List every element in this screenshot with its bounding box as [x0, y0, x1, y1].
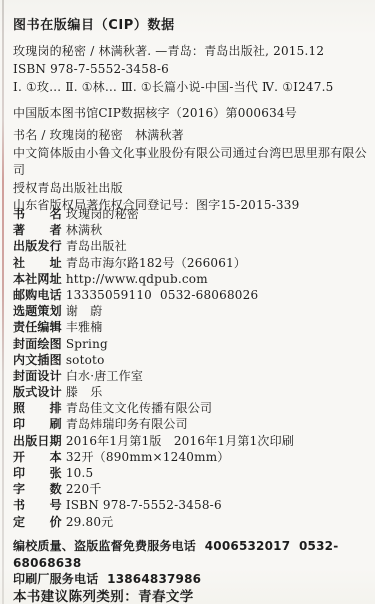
colophon-value: sototo: [66, 352, 105, 368]
colophon-row: 邮购电话13335059110 0532-68068026: [13, 287, 367, 303]
colophon-value: 青岛出版社: [66, 238, 127, 254]
colophon-label: 版式设计: [13, 384, 62, 400]
colophon-label: 书 名: [13, 206, 62, 222]
colophon-value: 丰雅楠: [66, 319, 103, 335]
cip-title-line: 玫瑰岗的秘密 / 林满秋著. —青岛：青岛出版社, 2015.12: [13, 42, 367, 60]
colophon-row: 本社网址http://www.qdpub.com: [13, 271, 367, 287]
colophon-row: 字 数220千: [13, 481, 367, 497]
colophon-label: 书 号: [13, 497, 62, 513]
colophon-value: 白水·唐工作室: [66, 368, 143, 384]
colophon-label: 出版日期: [13, 433, 62, 449]
license-block: 书名 / 玫瑰岗的秘密 林满秋著 中文简体版由小鲁文化事业股份有限公司通过台湾巴…: [13, 127, 367, 215]
license-book-title-line: 书名 / 玫瑰岗的秘密 林满秋著: [13, 127, 367, 145]
colophon-row: 书 名玫瑰岗的秘密: [13, 206, 367, 222]
colophon-label: 字 数: [13, 481, 62, 497]
colophon-value: 13335059110 0532-68068026: [66, 287, 258, 303]
colophon-value: 2016年1月第1版 2016年1月第1次印刷: [66, 433, 294, 449]
colophon-label: 印 刷: [13, 416, 62, 432]
colophon-label: 邮购电话: [13, 287, 62, 303]
colophon-row: 印 张10.5: [13, 465, 367, 481]
cip-entry-block: 玫瑰岗的秘密 / 林满秋著. —青岛：青岛出版社, 2015.12 ISBN 9…: [13, 42, 367, 96]
quality-service-phone-line: 编校质量、盗版监督免费服务电话 4006532017 0532-68068638: [13, 538, 367, 571]
colophon-list: 书 名玫瑰岗的秘密 著 者林满秋 出版发行青岛出版社 社 址青岛市海尔路182号…: [13, 206, 367, 530]
colophon-label: 印 张: [13, 465, 62, 481]
colophon-value: 青岛市海尔路182号（266061）: [66, 255, 246, 271]
colophon-label: 封面绘图: [13, 336, 62, 352]
colophon-value: 29.80元: [66, 514, 114, 530]
colophon-label: 选题策划: [13, 303, 62, 319]
colophon-label: 开 本: [13, 449, 62, 465]
colophon-value: 青岛炜瑞印务有限公司: [66, 416, 188, 432]
license-publisher-line: 授权青岛出版社出版: [13, 180, 367, 198]
colophon-row: 印 刷青岛炜瑞印务有限公司: [13, 416, 367, 432]
colophon-label: 出版发行: [13, 238, 62, 254]
colophon-row: 出版发行青岛出版社: [13, 238, 367, 254]
colophon-row: 开 本32开（890mm×1240mm）: [13, 449, 367, 465]
colophon-row: 定 价29.80元: [13, 514, 367, 530]
copyright-page: 图书在版编目（CIP）数据 玫瑰岗的秘密 / 林满秋著. —青岛：青岛出版社, …: [0, 0, 375, 604]
license-rights-line: 中文简体版由小鲁文化事业股份有限公司通过台湾巴思里那有限公司: [13, 145, 367, 180]
colophon-value: 谢 蔚: [66, 303, 103, 319]
colophon-row: 选题策划谢 蔚: [13, 303, 367, 319]
colophon-row: 版式设计滕 乐: [13, 384, 367, 400]
colophon-row: 出版日期2016年1月第1版 2016年1月第1次印刷: [13, 433, 367, 449]
colophon-row: 书 号ISBN 978-7-5552-3458-6: [13, 497, 367, 513]
colophon-label: 照 排: [13, 400, 62, 416]
footer-block: 编校质量、盗版监督免费服务电话 4006532017 0532-68068638…: [13, 538, 367, 604]
colophon-label: 定 价: [13, 514, 62, 530]
colophon-row: 社 址青岛市海尔路182号（266061）: [13, 255, 367, 271]
colophon-value: 10.5: [66, 465, 94, 481]
colophon-row: 责任编辑丰雅楠: [13, 319, 367, 335]
colophon-value: 滕 乐: [66, 384, 103, 400]
colophon-value: 32开（890mm×1240mm）: [66, 449, 230, 465]
cip-isbn-line: ISBN 978-7-5552-3458-6: [13, 60, 367, 78]
colophon-value: 林满秋: [66, 222, 103, 238]
cip-header: 图书在版编目（CIP）数据: [13, 14, 367, 33]
colophon-row: 内文插图sototo: [13, 352, 367, 368]
printer-service-phone-line: 印刷厂服务电话 13864837986: [13, 571, 367, 588]
colophon-row: 照 排青岛佳文文化传播有限公司: [13, 400, 367, 416]
colophon-label: 封面设计: [13, 368, 62, 384]
colophon-label: 本社网址: [13, 271, 62, 287]
colophon-value: http://www.qdpub.com: [66, 271, 208, 287]
colophon-value: ISBN 978-7-5552-3458-6: [66, 497, 222, 513]
colophon-row: 封面设计白水·唐工作室: [13, 368, 367, 384]
colophon-label: 社 址: [13, 255, 62, 271]
cip-classification-line: Ⅰ. ①玫… Ⅱ. ①林… Ⅲ. ①长篇小说-中国-当代 Ⅳ. ①I247.5: [13, 78, 367, 96]
colophon-value: Spring: [66, 336, 108, 352]
colophon-value: 玫瑰岗的秘密: [66, 206, 139, 222]
scan-edge-shadow: [2, 0, 4, 604]
colophon-value: 青岛佳文文化传播有限公司: [66, 400, 212, 416]
colophon-row: 封面绘图Spring: [13, 336, 367, 352]
colophon-row: 著 者林满秋: [13, 222, 367, 238]
colophon-label: 责任编辑: [13, 319, 62, 335]
colophon-value: 220千: [66, 481, 102, 497]
cip-record-number: 中国版本图书馆CIP数据核字（2016）第000634号: [13, 104, 367, 121]
colophon-label: 著 者: [13, 222, 62, 238]
shelving-category-line: 本书建议陈列类别：青春文学: [13, 589, 367, 604]
colophon-label: 内文插图: [13, 352, 62, 368]
